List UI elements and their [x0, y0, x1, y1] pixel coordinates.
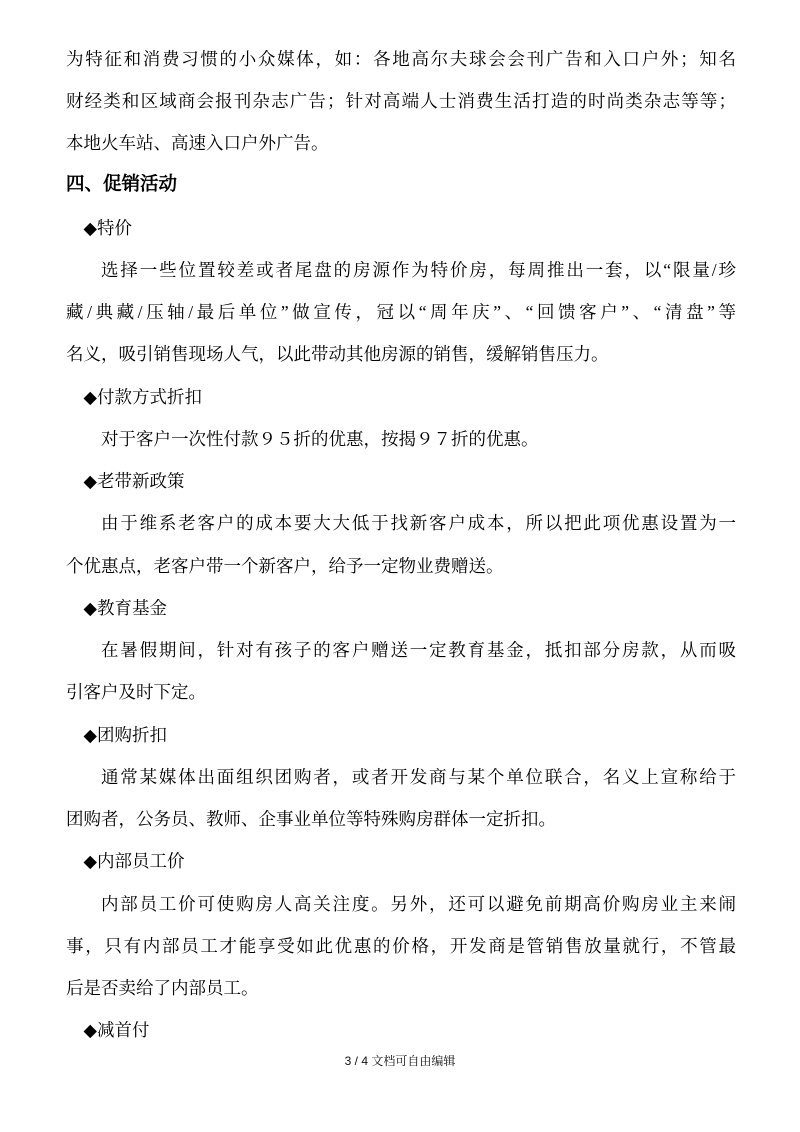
para-media-line-1: 为特征和消费习惯的小众媒体，如：各地高尔夫球会会刊广告和入口户外；知名	[66, 38, 736, 80]
para-media-line-3: 本地火车站、高速入口户外广告。	[66, 122, 736, 164]
para-referral-line-2: 个优惠点，老客户带一个新客户，给予一定物业费赠送。	[66, 545, 736, 587]
bullet-special-price: ◆特价	[66, 207, 736, 249]
bullet-education-fund: ◆教育基金	[66, 587, 736, 629]
para-education-line-2: 引客户及时下定。	[66, 671, 736, 713]
document-page: 为特征和消费习惯的小众媒体，如：各地高尔夫球会会刊广告和入口户外；知名 财经类和…	[0, 0, 800, 1132]
document-body: 为特征和消费习惯的小众媒体，如：各地高尔夫球会会刊广告和入口户外；知名 财经类和…	[66, 38, 736, 1052]
para-group-line-2: 团购者，公务员、教师、企事业单位等特殊购房群体一定折扣。	[66, 798, 736, 840]
para-payment-discount: 对于客户一次性付款９５折的优惠，按揭９７折的优惠。	[66, 418, 736, 460]
bullet-employee-price: ◆内部员工价	[66, 840, 736, 882]
bullet-payment-discount: ◆付款方式折扣	[66, 376, 736, 418]
para-employee-line-1: 内部员工价可使购房人高关注度。另外，还可以避免前期高价购房业主来闹	[66, 883, 736, 925]
para-special-price-line-3: 名义，吸引销售现场人气，以此带动其他房源的销售，缓解销售压力。	[66, 333, 736, 375]
section-heading-promotions: 四、促销活动	[66, 164, 736, 206]
para-special-price-line-2: 藏/典藏/压轴/最后单位”做宣传，冠以“周年庆”、“回馈客户”、“清盘”等	[66, 291, 736, 333]
para-education-line-1: 在暑假期间，针对有孩子的客户赠送一定教育基金，抵扣部分房款，从而吸	[66, 629, 736, 671]
bullet-referral-policy: ◆老带新政策	[66, 460, 736, 502]
page-footer: 3 / 4 文档可自由编辑	[0, 1053, 800, 1069]
bullet-group-discount: ◆团购折扣	[66, 714, 736, 756]
para-employee-line-3: 后是否卖给了内部员工。	[66, 967, 736, 1009]
para-employee-line-2: 事，只有内部员工才能享受如此优惠的价格，开发商是管销售放量就行，不管最	[66, 925, 736, 967]
para-special-price-line-1: 选择一些位置较差或者尾盘的房源作为特价房，每周推出一套，以“限量/珍	[66, 249, 736, 291]
para-referral-line-1: 由于维系老客户的成本要大大低于找新客户成本，所以把此项优惠设置为一	[66, 502, 736, 544]
bullet-reduced-down-payment: ◆减首付	[66, 1009, 736, 1051]
para-media-line-2: 财经类和区域商会报刊杂志广告；针对高端人士消费生活打造的时尚类杂志等等；	[66, 80, 736, 122]
para-group-line-1: 通常某媒体出面组织团购者，或者开发商与某个单位联合，名义上宣称给于	[66, 756, 736, 798]
